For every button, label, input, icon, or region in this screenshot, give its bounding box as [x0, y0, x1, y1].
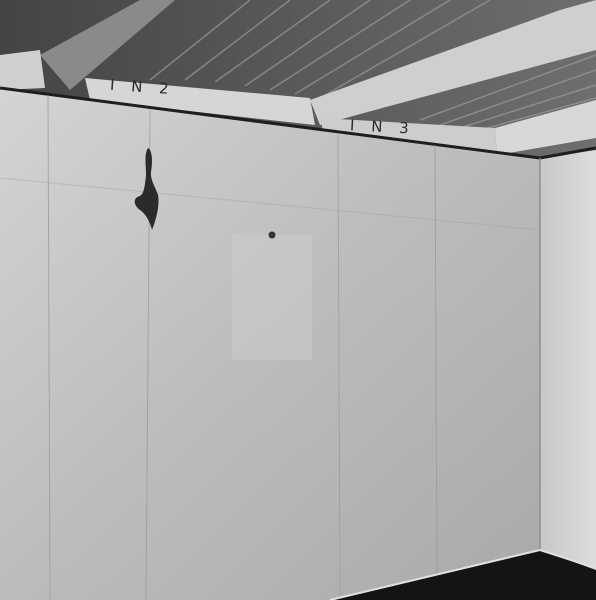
room-photograph: I N 2 I N 3 [0, 0, 596, 600]
beam-label-in3: I N 3 [350, 116, 416, 137]
wall-patch [232, 235, 312, 360]
nail-hole [269, 232, 276, 239]
room-illustration [0, 0, 596, 600]
right-wall [540, 150, 596, 570]
